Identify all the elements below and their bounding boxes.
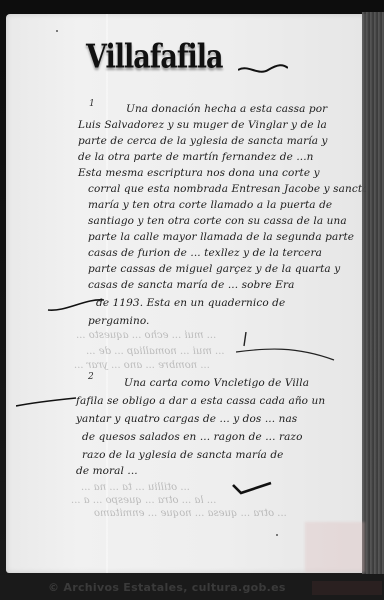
manuscript-scan: Villafafila 1 Una donación hecha a esta … bbox=[0, 0, 384, 600]
entry-line: parte de cerca de la yglesia de sancta m… bbox=[78, 135, 328, 147]
entry-line: yantar y quatro cargas de ... y dos ... … bbox=[76, 413, 297, 425]
entry-line: pergamino. bbox=[88, 315, 150, 327]
bleed-through-line: ... otra ... quesa ... noque ... enmitam… bbox=[94, 508, 287, 519]
entry-line: Una carta como Vncletigo de Villa bbox=[124, 377, 309, 389]
bleed-through-line: ... mui ... echo ... aquesto ... bbox=[76, 330, 216, 341]
entry-line: razo de la yglesia de sancta maría de bbox=[82, 449, 283, 461]
entry-line: casas de sancta maría de ... sobre Era bbox=[88, 279, 294, 291]
page-heading: Villafafila bbox=[86, 39, 222, 76]
entry-line: Una donación hecha a esta cassa por bbox=[126, 103, 327, 115]
entry-line: Luis Salvadorez y su muger de Vinglar y … bbox=[78, 119, 327, 131]
pen-flourish-icon bbox=[231, 479, 276, 499]
entry-line: fafila se obligo a dar a esta cassa cada… bbox=[76, 395, 325, 407]
entry-line: casas de furion de ... texllez y de la t… bbox=[88, 247, 322, 259]
archive-watermark: © Archivos Estatales, cultura.gob.es bbox=[48, 581, 286, 594]
bleed-through-line: ... mui ... nomalliap ... de ... bbox=[86, 346, 225, 357]
manuscript-page: Villafafila 1 Una donación hecha a esta … bbox=[6, 14, 366, 573]
entry-line: Esta mesma escriptura nos dona una corte… bbox=[78, 167, 320, 179]
entry-number: 2 bbox=[88, 372, 94, 382]
pen-flourish-icon bbox=[16, 392, 76, 412]
bleed-through-line: ... la ... otra ... quespo ... a ... bbox=[71, 495, 216, 506]
entry-line: corral que esta nombrada Entresan Jacobe… bbox=[88, 183, 369, 195]
entry-number: 1 bbox=[89, 99, 95, 109]
entry-line: de quesos salados en ... ragon de ... ra… bbox=[82, 431, 303, 443]
entry-line: maría y ten otra corte llamado a la puer… bbox=[88, 199, 332, 211]
entry-line: parte cassas de miguel garçez y de la qu… bbox=[88, 263, 340, 275]
bound-page-edges bbox=[362, 12, 384, 574]
pen-flourish-icon bbox=[236, 332, 336, 362]
bleed-through-line: ... otilliu ... ta ... na ... bbox=[81, 482, 190, 493]
entry-line: de la otra parte de martín fernandez de … bbox=[78, 151, 314, 163]
entry-line: de moral ... bbox=[76, 465, 138, 477]
entry-line: de 1193. Esta en un quadernico de bbox=[96, 297, 285, 309]
paper-stain bbox=[305, 522, 365, 572]
paper-speck bbox=[56, 30, 58, 32]
heading-flourish-icon bbox=[238, 62, 288, 76]
bleed-through-line: ... nombre ... ano ... yrar ... bbox=[74, 360, 210, 371]
entry-line: parte la calle mayor llamada de la segun… bbox=[88, 231, 354, 243]
entry-line: santiago y ten otra corte con su cassa d… bbox=[88, 215, 347, 227]
watermark-stain bbox=[312, 581, 382, 595]
paper-speck bbox=[276, 534, 278, 536]
